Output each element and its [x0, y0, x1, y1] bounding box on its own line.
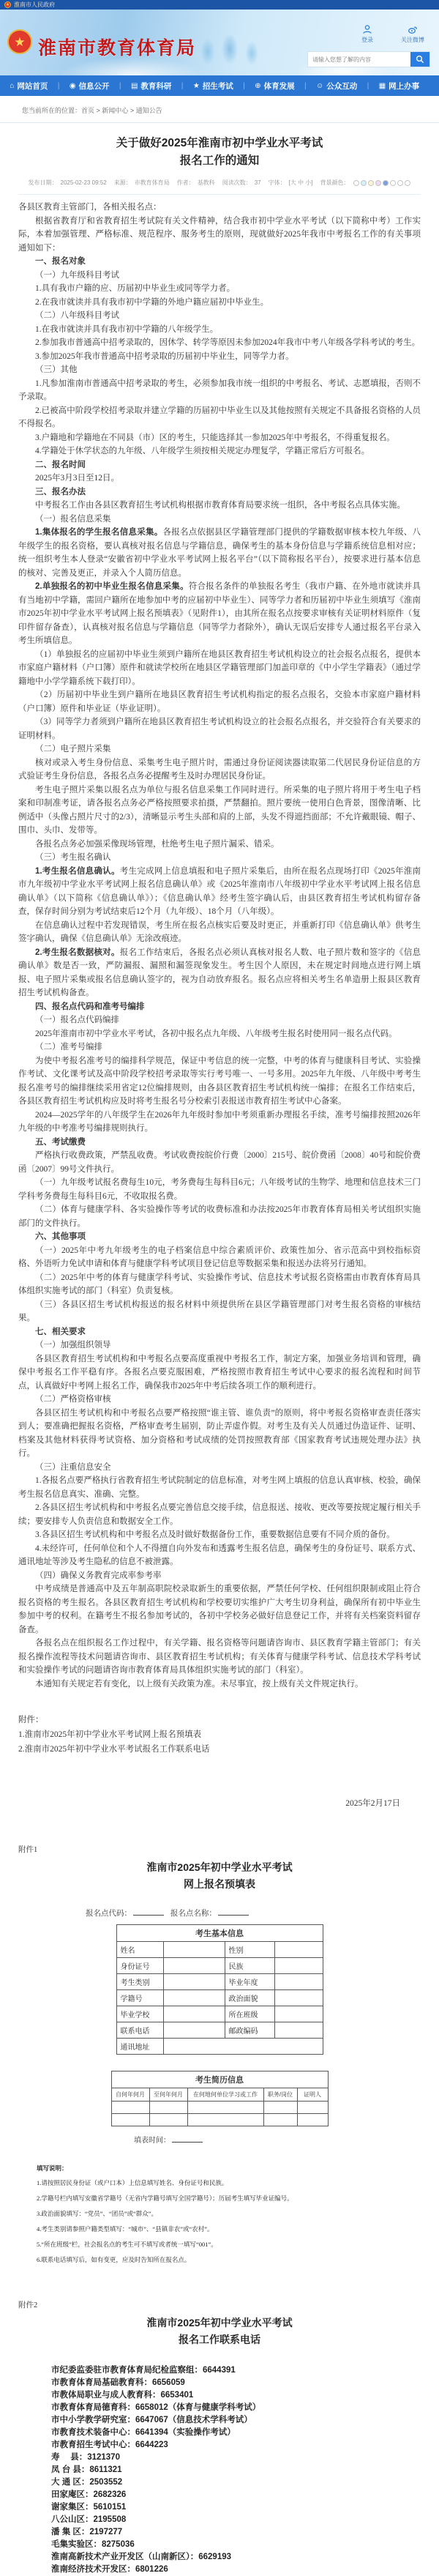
- bg-color-swatch[interactable]: [390, 180, 396, 186]
- field-label: 性别: [225, 1942, 274, 1958]
- notice-paragraph: 各县区教育招生考试机构和中考报名点要高度重视中考报名工作，制定方案，加强业务培训…: [18, 1352, 421, 1393]
- notice-paragraph: 核对或录入考生身份信息、采集考生电子照片时，需通过身份证阅读器读取第二代居民身份…: [18, 756, 421, 783]
- nav-separator: |: [119, 81, 121, 90]
- breadcrumb: 您当前所在的位置：首页 > 新闻中心 > 通知公告: [0, 96, 439, 123]
- attachment-link[interactable]: 1.淮南市2025年初中学业水平考试网上报名预填表: [18, 1727, 421, 1742]
- column-header: 证明人: [297, 2088, 328, 2102]
- notice-paragraph: 中考报名工作由各县区教育招生考试机构根据市教育体育局要求统一组织，各中考报名点具…: [18, 499, 421, 513]
- notice-paragraph: 根据省教育厅和省教育招生考试院有关文件精神，结合我市初中学业水平考试（以下简称中…: [18, 215, 421, 256]
- field-label: 联系电话: [116, 2022, 163, 2039]
- note-item: 4.考生类别请参照户籍类型填写：“城市”、“县镇非农”或“农村”。: [37, 2225, 402, 2233]
- gov-emblem-icon: ★: [4, 1, 11, 8]
- nav-separator: |: [58, 81, 60, 90]
- site-banner: ★ 淮南市教育体育局 登录 关注微博: [0, 10, 439, 75]
- notes-title: 填写说明：: [37, 2164, 402, 2173]
- bg-color-label: 背景颜色：: [320, 179, 349, 187]
- field-value: [274, 2022, 323, 2039]
- nav-item-icon: ▦: [379, 82, 386, 90]
- notice-paragraph: 各报名点务必加强采像现场管理，杜绝考生电子照片漏采、错采。: [18, 838, 421, 852]
- views-count: 37: [255, 179, 261, 186]
- nav-separator: |: [243, 81, 245, 90]
- field-value: [274, 1942, 323, 1958]
- article: 关于做好2025年淮南市初中学业水平考试 报名工作的通知 发布日期： 2025-…: [0, 135, 439, 2576]
- field-label: 邮政编码: [225, 2022, 274, 2039]
- notice-paragraph: 中考成绩是普通高中及五年制高职院校录取新生的重要依据，严禁任何学校、任何组织限制…: [18, 1582, 421, 1637]
- nav-item-label: 教育科研: [140, 81, 171, 92]
- user-icon: [362, 24, 372, 34]
- field-label: 通讯地址: [116, 2039, 163, 2055]
- field-value: [163, 2039, 323, 2055]
- field-label: 身份证号: [116, 1958, 163, 1974]
- site-code-blank: [133, 1908, 164, 1916]
- notice-paragraph: 2.考生报名数据核对。报名工作结束后，各报名点必须认真核对报名人数、电子照片数和…: [18, 946, 421, 1000]
- nav-item-label: 招生考试: [203, 81, 233, 92]
- notice-paragraph: （2）历届初中毕业生到户籍所在地县区教育招生考试机构指定的报名点报名，交验本市家…: [18, 688, 421, 715]
- author-label: 作者：: [177, 179, 195, 187]
- notice-paragraph: 2025年3月3日至12日。: [18, 472, 421, 485]
- document-date: 2025年2月17日: [18, 1797, 421, 1809]
- bg-color-swatch[interactable]: [397, 180, 403, 186]
- contact-line: 毛集实验区：8275036: [51, 2539, 421, 2551]
- notice-paragraph: （二）准考号编排: [18, 1041, 421, 1054]
- resume-header: 考生简历信息: [111, 2071, 328, 2088]
- notice-paragraph: 4.学籍处于休学状态的九年级、八年级学生须按相关规定办理复学，学籍正常后方可报名…: [18, 444, 421, 458]
- notice-paragraph: （一）加强组织领导: [18, 1339, 421, 1352]
- notice-paragraph: 1.各报名点要严格执行省教育招生考试院制定的信息标准，对考生网上填报的信息认真审…: [18, 1474, 421, 1501]
- notice-paragraph: （四）确保义务教育完成率参考率: [18, 1569, 421, 1583]
- nav-item[interactable]: ⊕ 体育发展: [255, 81, 294, 92]
- paragraph-lead: 2.考生报名数据核对。: [35, 948, 120, 957]
- annex-2: 附件2 淮南市2025年初中学业水平考试 报名工作联系电话 市纪委监委驻市教育体…: [18, 2299, 421, 2576]
- contact-line: 淮南经济技术开发区：6801226: [51, 2564, 421, 2576]
- column-header: 至何年何月: [149, 2088, 187, 2102]
- column-header: 职务/岗位: [263, 2088, 297, 2102]
- breadcrumb-link[interactable]: 通知公告: [136, 107, 162, 114]
- paragraph-lead: 2.单独报名的初中毕业生报名信息采集。: [35, 582, 189, 591]
- site-name-label: 报名点名称：: [170, 1909, 217, 1918]
- paragraph-lead: 1.考生报名信息确认。: [35, 867, 120, 876]
- nav-item[interactable]: ⌂ 网站首页: [10, 81, 48, 92]
- attachments-label: 附件：: [18, 1713, 421, 1727]
- notice-paragraph: （一）九年级考试报名费每生10元，考务费每生每科目6元；八年级考试的生物学、地理…: [18, 1176, 421, 1203]
- nav-item-label: 公众互动: [326, 81, 357, 92]
- notice-paragraph: （二）八年级科目考试: [18, 309, 421, 323]
- contact-line: 市纪委监委驻市教育体育局纪检监察组：6644391: [51, 2364, 421, 2377]
- nav-item-icon: ⌂: [10, 82, 14, 90]
- breadcrumb-link[interactable]: 新闻中心: [102, 107, 128, 114]
- bg-color-swatch[interactable]: [405, 180, 410, 186]
- contact-line: 凤 台 县：8611321: [51, 2464, 421, 2476]
- field-label: 考生类别: [116, 1974, 163, 1990]
- weibo-button[interactable]: 关注微博: [395, 24, 430, 44]
- annex2-title: 淮南市2025年初中学业水平考试 报名工作联系电话: [18, 2315, 421, 2348]
- bg-color-swatch[interactable]: [375, 180, 381, 186]
- contact-list: 市纪委监委驻市教育体育局纪检监察组：6644391市教育体育局基础教育科：665…: [51, 2364, 421, 2576]
- gov-site-link[interactable]: 淮南市人民政府: [14, 1, 55, 9]
- field-value: [163, 1990, 225, 2006]
- contact-line: 八公山区：2195508: [51, 2514, 421, 2526]
- table-row: 学籍号 政治面貌: [116, 1990, 323, 2006]
- nav-item-label: 信息公开: [79, 81, 110, 92]
- field-label: 毕业学校: [116, 2006, 163, 2022]
- form-notes: 填写说明： 1.请按照居民身份证（或户口本）上信息填写姓名、身份证号和民族。2.…: [37, 2164, 402, 2264]
- nav-item-icon: ★: [193, 82, 200, 90]
- notice-paragraph: 2024—2025学年的八年级学生在2026年九年级时参加中考须重新办理报名手续…: [18, 1109, 421, 1136]
- nav-item[interactable]: ★ 招生考试: [193, 81, 233, 92]
- notice-paragraph: （一）报名信息采集: [18, 513, 421, 526]
- source-value: 市教育体育局: [135, 179, 170, 187]
- table-row: [111, 2102, 328, 2114]
- notice-paragraph: （二）电子照片采集: [18, 742, 421, 756]
- contact-line: 市教育招生考试中心：6644223: [51, 2439, 421, 2452]
- contact-line: 寿 县：3121370: [51, 2452, 421, 2464]
- notice-paragraph: （二）严格资格审核: [18, 1393, 421, 1407]
- table-row: 通讯地址: [116, 2039, 323, 2055]
- notice-paragraph: 为使中考报名准考号的编排科学规范，保证中考信息的统一完整，中考的体育与健康科目考…: [18, 1054, 421, 1109]
- fill-time-blank: [172, 2135, 203, 2143]
- breadcrumb-separator: >: [128, 107, 135, 114]
- notice-paragraph: 五、考试缴费: [18, 1136, 421, 1150]
- notice-paragraph: 严格执行收费政策，严禁乱收费。考试收费按皖价行费〔2000〕215号、皖价费函〔…: [18, 1149, 421, 1176]
- attachments-block: 附件： 1.淮南市2025年初中学业水平考试网上报名预填表2.淮南市2025年初…: [18, 1713, 421, 1757]
- notice-paragraph: 3.户籍地和学籍地在不同县（市）区的考生，只能选择其一参加2025年中考报名，不…: [18, 431, 421, 445]
- nav-separator: |: [181, 81, 184, 90]
- main-nav: ⌂ 网站首页 | ◉ 信息公开 | ▤ 教育科研 | ★ 招生考试 | ⊕ 体育…: [0, 75, 439, 96]
- notice-paragraph: 各报名点在组织报名工作过程中，有关学籍、报名资格等问题请咨询市、县区教育学籍主管…: [18, 1637, 421, 1678]
- site-title: 淮南市教育体育局: [38, 34, 196, 60]
- notice-paragraph: （三）考生报名确认: [18, 851, 421, 865]
- site-code-label: 报名点代码：: [86, 1909, 132, 1918]
- notice-paragraph: （一）2025年中考九年级考生的电子档案信息中综合素质评价、政策性加分、省示范高…: [18, 1244, 421, 1271]
- notice-paragraph: 1.在我市就读并具有我市初中学籍的八年级学生。: [18, 323, 421, 337]
- nav-item[interactable]: ☺ 公众互动: [316, 81, 357, 92]
- notice-paragraph: 六、其他事项: [18, 1230, 421, 1244]
- table-row: 考生类别 毕业年度: [116, 1974, 323, 1990]
- notice-paragraph: 二、报名时间: [18, 458, 421, 472]
- nav-item[interactable]: ◉ 信息公开: [70, 81, 110, 92]
- page-title: 关于做好2025年淮南市初中学业水平考试 报名工作的通知: [18, 135, 421, 170]
- table-row: 身份证号 民族: [116, 1958, 323, 1974]
- notice-paragraph: （二）2025年中考的体育与健康学科考试、实验操作考试、信息技术考试报名资格需由…: [18, 1271, 421, 1298]
- weibo-icon: [408, 24, 418, 34]
- publish-date-label: 发布日期：: [29, 179, 58, 187]
- field-value: [163, 1974, 225, 1990]
- breadcrumb-separator: >: [94, 107, 102, 114]
- field-label: 政治面貌: [225, 1990, 274, 2006]
- field-value: [274, 1974, 323, 1990]
- table-row: [111, 2114, 328, 2126]
- note-item: 5.“所在班级”栏，社会报名点的考生可不填写或者统一填写“001”。: [37, 2240, 402, 2249]
- table-row: 联系电话 邮政编码: [116, 2022, 323, 2039]
- form-code-line: 报名点代码： 报名点名称：: [86, 1907, 421, 1918]
- bg-color-swatch[interactable]: [383, 180, 389, 186]
- notice-paragraph: 考生电子照片采集以报名点为单位与报名信息采集工作同时进行。所采集的电子照片将用于…: [18, 783, 421, 838]
- bg-color-swatch[interactable]: [368, 180, 374, 186]
- notice-paragraph: （二）体育与健康学科、各实验操作等考试的收费标准和办法按2025年市教育体育局相…: [18, 1203, 421, 1230]
- field-value: [163, 1942, 225, 1958]
- notice-body: 各县区教育主管部门，各相关报名点： 根据省教育厅和省教育招生考试院有关文件精神，…: [18, 201, 421, 1691]
- basic-info-table: 考生基本信息 姓名 性别 身份证号 民族: [116, 1924, 323, 2055]
- annex2-label: 附件2: [18, 2299, 421, 2310]
- views-label: 阅读次数：: [222, 179, 252, 187]
- field-label: 所在班级: [225, 2006, 274, 2022]
- nav-item-label: 网上办事: [389, 81, 419, 92]
- field-label: 毕业年度: [225, 1974, 274, 1990]
- divider: [18, 194, 421, 195]
- contact-line: 谢家集区：5610151: [51, 2501, 421, 2514]
- notice-paragraph: （一）报名点代码编排: [18, 1013, 421, 1027]
- search-input[interactable]: [308, 52, 410, 67]
- resume-table: 考生简历信息 自何年何月至何年何月在何地何单位学习或工作职务/岗位证明人: [111, 2071, 329, 2126]
- contact-line: 市教育技术装备中心：6641394（实验操作考试）: [51, 2427, 421, 2439]
- notice-paragraph: （三）各县区招生考试机构报送的报名材料中须提供所在县区学籍管理部门对考生报名资格…: [18, 1298, 421, 1325]
- contact-line: 大 通 区：2503552: [51, 2476, 421, 2489]
- column-header: 在何地何单位学习或工作: [187, 2088, 263, 2102]
- notice-paragraph: 3.参加2025年我市普通高中招考录取的历届初中毕业生，同等学力者。: [18, 350, 421, 364]
- nav-item-icon: ⊕: [255, 82, 260, 90]
- nav-item[interactable]: ▤ 教育科研: [131, 81, 171, 92]
- notice-paragraph: 4.未经许可，任何单位和个人不得擅自向外发布和透露考生报名信息，确保考生的身份证…: [18, 1542, 421, 1569]
- notice-paragraph: 四、报名点代码和准考号编排: [18, 1000, 421, 1014]
- article-meta: 发布日期： 2025-02-23 09:52 来源： 市教育体育局 作者： 基教…: [18, 179, 421, 187]
- field-value: [274, 2006, 323, 2022]
- attachment-link[interactable]: 2.淮南市2025年初中学业水平考试报名工作联系电话: [18, 1742, 421, 1757]
- notice-paragraph: 1.考生报名信息确认。考生完成网上信息填报和电子照片采集后，由所在报名点现场打印…: [18, 865, 421, 919]
- site-search: [307, 51, 430, 67]
- nav-separator: |: [367, 81, 369, 90]
- notice-paragraph: 2.单独报名的初中毕业生报名信息采集。符合报名条件的单独报名考生（我市户籍、在外…: [18, 580, 421, 648]
- field-label: 学籍号: [116, 1990, 163, 2006]
- notice-paragraph: 2.在我市就读并具有我市初中学籍的外地户籍应届初中毕业生。: [18, 296, 421, 310]
- contact-line: 市中小学教学研究室：6647067（信息技术学科考试）: [51, 2414, 421, 2427]
- author-value: 基教科: [198, 179, 215, 187]
- login-button[interactable]: 登录: [350, 24, 385, 44]
- notice-paragraph: （三）注重信息安全: [18, 1461, 421, 1475]
- annex1-label: 附件1: [18, 1844, 421, 1855]
- site-name-blank: [218, 1908, 249, 1916]
- notice-paragraph: 在信息确认过程中若发现错误，考生所在报名点核实后要及时更正，并重新打印《信息确认…: [18, 919, 421, 946]
- nav-item-icon: ◉: [70, 82, 76, 90]
- column-header: 自何年何月: [111, 2088, 149, 2102]
- notice-paragraph: 1.集体报名的学生报名信息采集。各报名点依据县区学籍管理部门提供的学籍数据审核本…: [18, 526, 421, 580]
- annex-1: 附件1 淮南市2025年初中学业水平考试 网上报名预填表 报名点代码： 报名点名…: [18, 1844, 421, 2264]
- basic-info-header: 考生基本信息: [116, 1925, 323, 1942]
- field-value: [274, 1958, 323, 1974]
- notice-paragraph: （1）单独报名的应届初中毕业生须到户籍所在地县区教育招生考试机构设立的社会报名点…: [18, 648, 421, 689]
- publish-date: 2025-02-23 09:52: [61, 179, 107, 186]
- breadcrumb-link[interactable]: 首页: [81, 107, 94, 114]
- nav-separator: |: [304, 81, 307, 90]
- field-value: [163, 1958, 225, 1974]
- notice-paragraph: （一）九年级科目考试: [18, 269, 421, 283]
- nav-item-icon: ▤: [131, 82, 138, 90]
- field-label: 姓名: [116, 1942, 163, 1958]
- notice-paragraph: 2.参加我市普通高中招考录取的，因休学、转学等原因未参加2024年我市中考八年级…: [18, 336, 421, 350]
- breadcrumb-prefix: 您当前所在的位置：: [22, 107, 81, 114]
- contact-line: 淮南高新技术产业开发区（山南新区）：6629193: [51, 2551, 421, 2564]
- contact-line: 市教育体育局基础教育科：6656059: [51, 2377, 421, 2389]
- field-value: [163, 2006, 225, 2022]
- notice-paragraph: 本通知有关规定若有变化，以上级有关政策为准。未尽事宜，按上级有关文件规定执行。: [18, 1678, 421, 1691]
- annex1-title: 淮南市2025年初中学业水平考试 网上报名预填表: [18, 1859, 421, 1893]
- note-item: 3.政治面貌填写：“党员”、“团员”或“群众”。: [37, 2209, 402, 2218]
- contact-line: 潘 集 区：2197277: [51, 2526, 421, 2539]
- notice-paragraph: 2.各县区招生考试机构和中考报名点要完善信息交接手续，信息报送、接收、更改等要按…: [18, 1501, 421, 1528]
- notice-paragraph: （3）同等学力者须到户籍所在地县区教育招生考试机构设立的社会报名点报名，并交验符…: [18, 715, 421, 742]
- field-label: 民族: [225, 1958, 274, 1974]
- search-button[interactable]: [410, 52, 429, 67]
- notice-paragraph: 各县区招生考试机构和中考报名点要严格按照“谁主管、谁负责”的原则，将中考报名资格…: [18, 1407, 421, 1461]
- field-value: [274, 1990, 323, 2006]
- resume-columns: 自何年何月至何年何月在何地何单位学习或工作职务/岗位证明人: [111, 2088, 328, 2102]
- paragraph-lead: 1.集体报名的学生报名信息采集。: [35, 528, 162, 537]
- contact-line: 田家庵区：2682326: [51, 2489, 421, 2501]
- notice-paragraph: （三）其他: [18, 363, 421, 377]
- notice-paragraph: 2.已被高中阶段学校招考录取并建立学籍的历届初中毕业生以及其他按照有关规定不具备…: [18, 404, 421, 431]
- notice-paragraph: 1.具有我市户籍的应、历届初中毕业生或同等学力者。: [18, 282, 421, 296]
- source-label: 来源：: [114, 179, 132, 187]
- contact-line: 市教体局职业与成人教育科：6653401: [51, 2389, 421, 2402]
- bg-color-swatch[interactable]: [353, 180, 359, 186]
- notice-paragraph: 2025年淮南市初中学业水平考试，各初中报名点九年级、八年级考生报名时使用同一报…: [18, 1027, 421, 1041]
- notice-paragraph: 三、报名办法: [18, 485, 421, 499]
- gov-topbar: ★ 淮南市人民政府: [0, 0, 439, 10]
- table-row: 毕业学校 所在班级: [116, 2006, 323, 2022]
- bg-color-swatch[interactable]: [361, 180, 367, 186]
- font-size-options[interactable]: [大 中 小]: [289, 179, 313, 187]
- nav-item-label: 体育发展: [264, 81, 295, 92]
- national-emblem-icon: ★: [7, 29, 32, 54]
- notice-paragraph: 1.凡参加淮南市普通高中招考录取的考生，必须参加我市统一组织的中考报名、考试、志…: [18, 377, 421, 404]
- font-size-label: 字体：: [269, 179, 286, 187]
- search-icon: [416, 55, 424, 64]
- notice-paragraph: 一、报名对象: [18, 255, 421, 269]
- note-item: 1.请按照居民身份证（或户口本）上信息填写姓名、身份证号和民族。: [37, 2178, 402, 2187]
- notice-paragraph: 七、相关要求: [18, 1325, 421, 1339]
- nav-item-label: 网站首页: [17, 81, 48, 92]
- contact-line: 市教育体育局德育科：6658012（体育与健康学科考试）: [51, 2402, 421, 2414]
- notice-paragraph: 3.各县区招生考试机构和中考报名点及时做好数据备份工作，重要数据信息要有不同介质…: [18, 1528, 421, 1542]
- fill-time-line: 填表时间：: [134, 2134, 421, 2145]
- note-item: 6.联系电话填写后，如有变更，应及时告知所在报名点。: [37, 2255, 402, 2264]
- notice-paragraph: 各县区教育主管部门，各相关报名点：: [18, 201, 421, 215]
- nav-item[interactable]: ▦ 网上办事: [379, 81, 419, 92]
- note-item: 2.学籍号栏内填写安徽省学籍号（无省内学籍号填写全国学籍号）；历届考生填写毕业证…: [37, 2194, 402, 2203]
- table-row: 姓名 性别: [116, 1942, 323, 1958]
- field-value: [163, 2022, 225, 2039]
- nav-item-icon: ☺: [316, 82, 323, 90]
